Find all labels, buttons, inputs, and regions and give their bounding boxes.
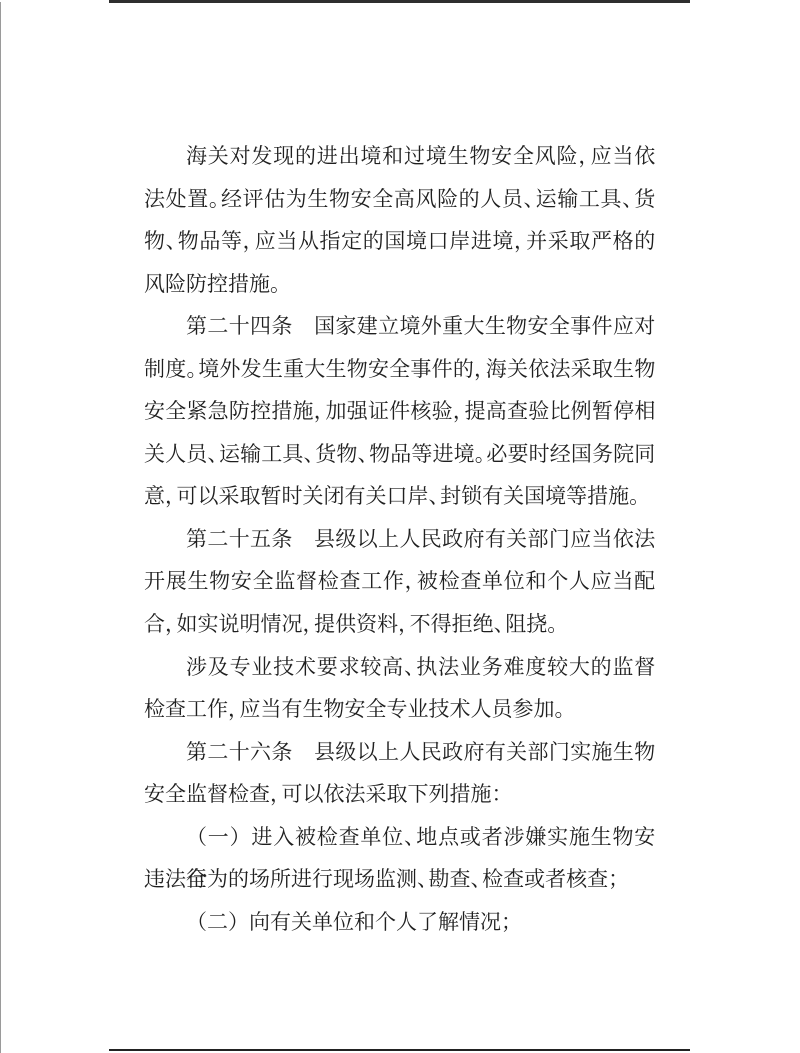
text-line: 安全监督检查，可以依法采取下列措施： xyxy=(144,774,655,817)
text-line: 检查工作，应当有生物安全专业技术人员参加。 xyxy=(144,689,655,732)
text-line: 违法行为的场所进行现场监测、勘查、检查或者核查； xyxy=(144,859,655,902)
text-line: 物、物品等，应当从指定的国境口岸进境，并采取严格的 xyxy=(144,221,655,264)
document-text-block: 海关对发现的进出境和过境生物安全风险，应当依法处置。经评估为生物安全高风险的人员… xyxy=(144,136,655,944)
text-line: 关人员、运输工具、货物、物品等进境。必要时经国务院同 xyxy=(144,434,655,477)
text-line: 合，如实说明情况，提供资料，不得拒绝、阻挠。 xyxy=(144,604,655,647)
text-line: （二）向有关单位和个人了解情况； xyxy=(144,902,655,945)
page-top-rule xyxy=(109,0,690,3)
document-page: 海关对发现的进出境和过境生物安全风险，应当依法处置。经评估为生物安全高风险的人员… xyxy=(0,0,800,1053)
text-line: 海关对发现的进出境和过境生物安全风险，应当依 xyxy=(144,136,655,179)
text-line: 安全紧急防控措施，加强证件核验，提高查验比例暂停相 xyxy=(144,391,655,434)
text-line: 开展生物安全监督检查工作，被检查单位和个人应当配 xyxy=(144,561,655,604)
text-line: 涉及专业技术要求较高、执法业务难度较大的监督 xyxy=(144,647,655,690)
page-bottom-rule xyxy=(109,1049,690,1051)
text-line: 第二十六条 县级以上人民政府有关部门实施生物 xyxy=(144,732,655,775)
viewer-left-edge-line xyxy=(0,2,1,1053)
text-line: 意，可以采取暂时关闭有关口岸、封锁有关国境等措施。 xyxy=(144,476,655,519)
text-line: 法处置。经评估为生物安全高风险的人员、运输工具、货 xyxy=(144,179,655,222)
text-line: （一）进入被检查单位、地点或者涉嫌实施生物安全 xyxy=(144,817,655,860)
text-line: 制度。境外发生重大生物安全事件的，海关依法采取生物 xyxy=(144,349,655,392)
text-line: 第二十五条 县级以上人民政府有关部门应当依法 xyxy=(144,519,655,562)
text-line: 第二十四条 国家建立境外重大生物安全事件应对 xyxy=(144,306,655,349)
text-line: 风险防控措施。 xyxy=(144,264,655,307)
